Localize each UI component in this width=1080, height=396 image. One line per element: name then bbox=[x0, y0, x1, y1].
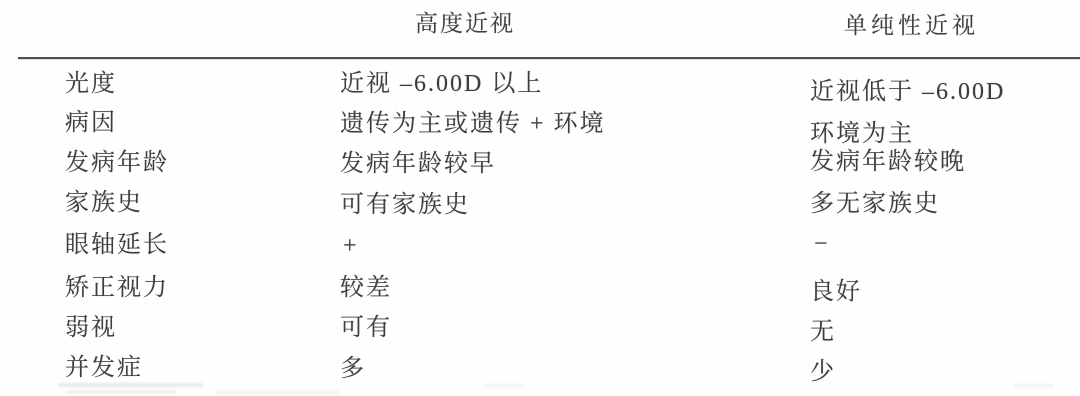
cell-axial-elongation-high: + bbox=[343, 234, 357, 258]
cell-onset-age-simple: 发病年龄较晚 bbox=[810, 150, 966, 174]
header-divider-line bbox=[18, 57, 1080, 60]
row-label-complications: 并发症 bbox=[65, 356, 143, 380]
cell-family-history-high: 可有家族史 bbox=[340, 193, 470, 217]
row-label-cause: 病因 bbox=[65, 111, 117, 135]
cell-refraction-high: 近视 –6.00D 以上 bbox=[340, 72, 543, 96]
cell-corrected-vision-simple: 良好 bbox=[810, 280, 862, 304]
row-label-refraction: 光度 bbox=[65, 72, 117, 96]
column-header-high-myopia: 高度近视 bbox=[415, 12, 515, 35]
myopia-comparison-table: 高度近视 单纯性近视 光度 近视 –6.00D 以上 近视低于 –6.00D 病… bbox=[0, 0, 1080, 396]
row-label-corrected-vision: 矫正视力 bbox=[65, 276, 169, 300]
cell-complications-high: 多 bbox=[340, 357, 366, 381]
cell-family-history-simple: 多无家族史 bbox=[810, 192, 940, 216]
cell-refraction-simple: 近视低于 –6.00D bbox=[810, 80, 1005, 104]
cell-amblyopia-high: 可有 bbox=[340, 316, 392, 340]
scan-artifact-cutoff-row bbox=[215, 391, 340, 394]
scan-artifact-cutoff-row bbox=[58, 383, 203, 387]
row-label-amblyopia: 弱视 bbox=[65, 316, 117, 340]
cell-corrected-vision-high: 较差 bbox=[340, 276, 392, 300]
cell-cause-simple: 环境为主 bbox=[810, 122, 914, 146]
cell-axial-elongation-simple: − bbox=[814, 232, 828, 256]
row-label-axial-elongation: 眼轴延长 bbox=[65, 233, 169, 257]
column-header-simple-myopia: 单纯性近视 bbox=[844, 14, 979, 37]
row-label-onset-age: 发病年龄 bbox=[65, 151, 169, 175]
scan-artifact-cutoff-row bbox=[483, 384, 525, 387]
scan-artifact-cutoff-row bbox=[66, 390, 176, 394]
scan-artifact-cutoff-row bbox=[1014, 384, 1054, 387]
cell-complications-simple: 少 bbox=[810, 360, 836, 384]
cell-amblyopia-simple: 无 bbox=[810, 320, 836, 344]
cell-cause-high: 遗传为主或遗传 + 环境 bbox=[340, 112, 606, 136]
cell-onset-age-high: 发病年龄较早 bbox=[340, 152, 496, 176]
row-label-family-history: 家族史 bbox=[65, 191, 143, 215]
